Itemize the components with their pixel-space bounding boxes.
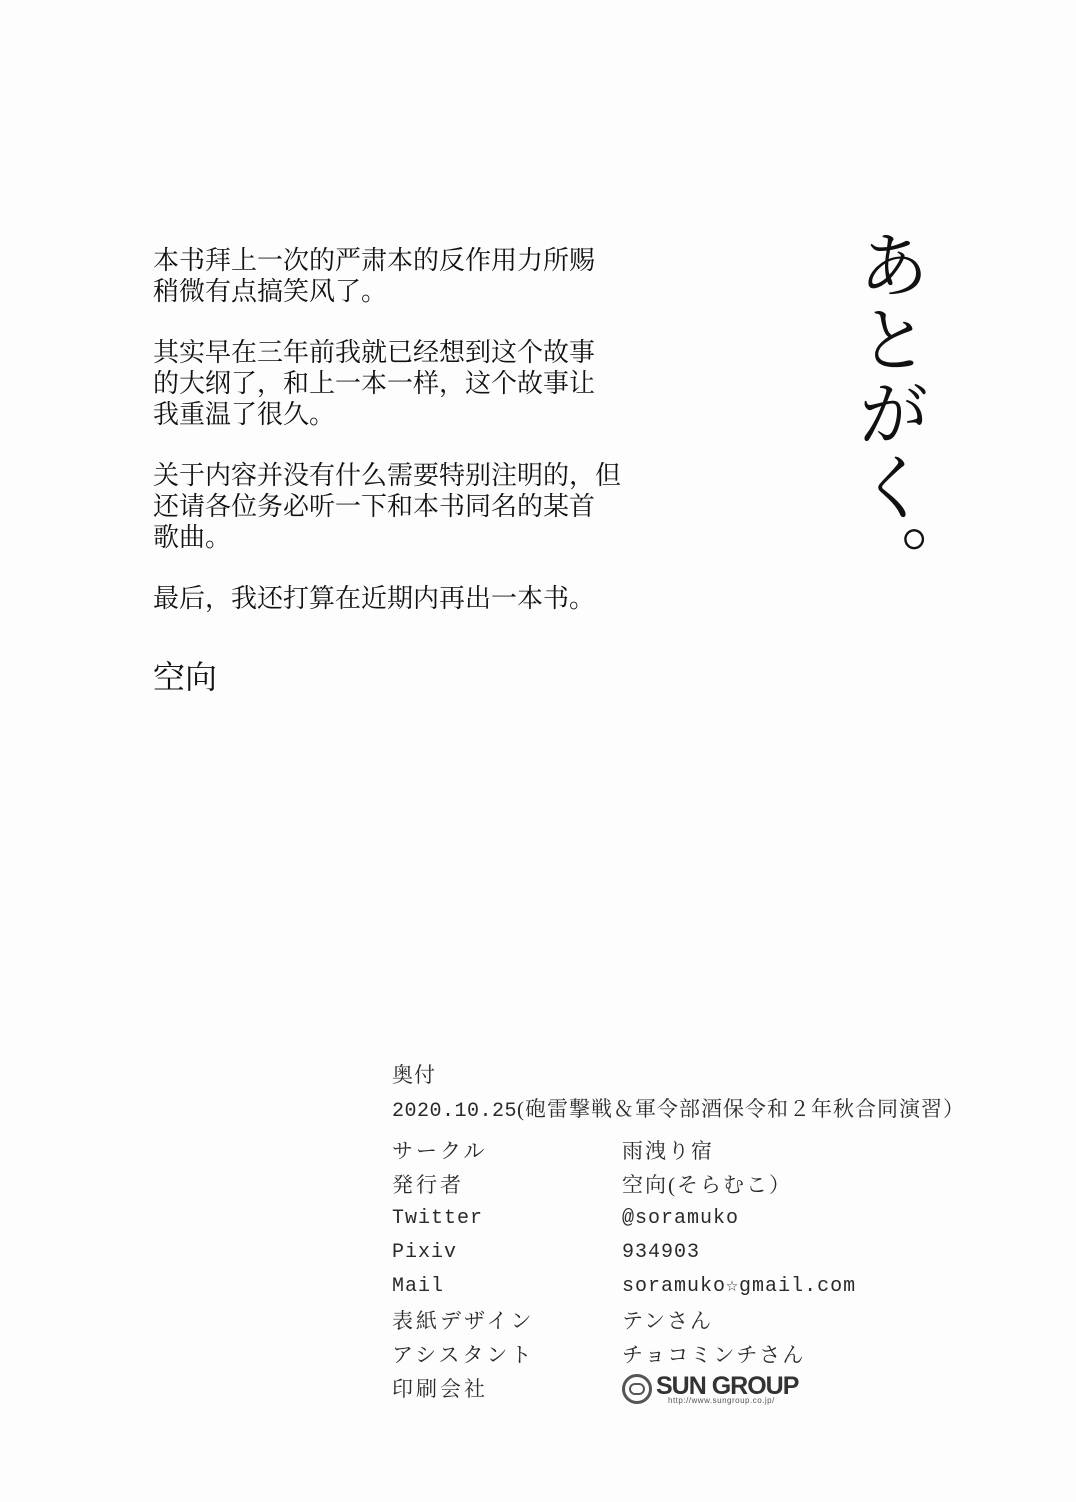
- row-label: 印刷会社: [392, 1372, 622, 1406]
- printer-url: http://www.sungroup.co.jp/: [668, 1396, 775, 1406]
- row-label: アシスタント: [392, 1338, 622, 1372]
- row-value: @soramuko: [622, 1202, 739, 1236]
- colophon-table: サークル 雨洩り宿 発行者 空向(そらむこ） Twitter @soramuko…: [392, 1134, 1032, 1406]
- colophon-event: 2020.10.25(砲雷撃戦＆軍令部酒保令和２年秋合同演習）: [392, 1092, 1032, 1128]
- colophon-row-circle: サークル 雨洩り宿: [392, 1134, 1032, 1168]
- author-signature: 空向: [153, 652, 217, 698]
- row-label: Pixiv: [392, 1236, 622, 1270]
- row-value: soramuko☆gmail.com: [622, 1270, 856, 1304]
- row-label: Twitter: [392, 1202, 622, 1236]
- colophon: 奥付 2020.10.25(砲雷撃戦＆軍令部酒保令和２年秋合同演習） サークル …: [392, 1058, 1032, 1406]
- row-value: 934903: [622, 1236, 700, 1270]
- printer-logo: SUN GROUP http://www.sungroup.co.jp/: [622, 1372, 798, 1406]
- colophon-row-publisher: 発行者 空向(そらむこ）: [392, 1168, 1032, 1202]
- afterword-paragraph: 最后，我还打算在近期内再出一本书。: [153, 584, 713, 615]
- row-label: サークル: [392, 1134, 622, 1168]
- row-label: 表紙デザイン: [392, 1304, 622, 1338]
- row-label: Mail: [392, 1270, 622, 1304]
- afterword-paragraph: 关于内容并没有什么需要特别注明的，但 还请各位务必听一下和本书同名的某首 歌曲。: [153, 461, 713, 554]
- colophon-row-twitter: Twitter @soramuko: [392, 1202, 1032, 1236]
- row-label: 発行者: [392, 1168, 622, 1202]
- colophon-row-printer: 印刷会社 SUN GROUP http://www.sungroup.co.jp…: [392, 1372, 1032, 1406]
- colophon-title: 奥付: [392, 1058, 1032, 1092]
- afterword-title: あとがく。: [838, 228, 928, 598]
- row-value: チョコミンチさん: [622, 1338, 805, 1372]
- colophon-row-pixiv: Pixiv 934903: [392, 1236, 1032, 1270]
- event-name: (砲雷撃戦＆軍令部酒保令和２年秋合同演習）: [517, 1097, 965, 1121]
- colophon-row-assistant: アシスタント チョコミンチさん: [392, 1338, 1032, 1372]
- event-date: 2020.10.25: [392, 1100, 517, 1123]
- sun-group-logo-icon: [622, 1374, 652, 1404]
- colophon-row-mail: Mail soramuko☆gmail.com: [392, 1270, 1032, 1304]
- afterword-body: 本书拜上一次的严肃本的反作用力所赐 稍微有点搞笑风了。 其实早在三年前我就已经想…: [153, 246, 713, 645]
- row-value: 雨洩り宿: [622, 1134, 714, 1168]
- row-value: テンさん: [622, 1304, 713, 1338]
- row-value: 空向(そらむこ）: [622, 1168, 792, 1202]
- afterword-paragraph: 本书拜上一次的严肃本的反作用力所赐 稍微有点搞笑风了。: [153, 246, 713, 308]
- colophon-row-cover-design: 表紙デザイン テンさん: [392, 1304, 1032, 1338]
- afterword-paragraph: 其实早在三年前我就已经想到这个故事 的大纲了，和上一本一样，这个故事让 我重温了…: [153, 338, 713, 431]
